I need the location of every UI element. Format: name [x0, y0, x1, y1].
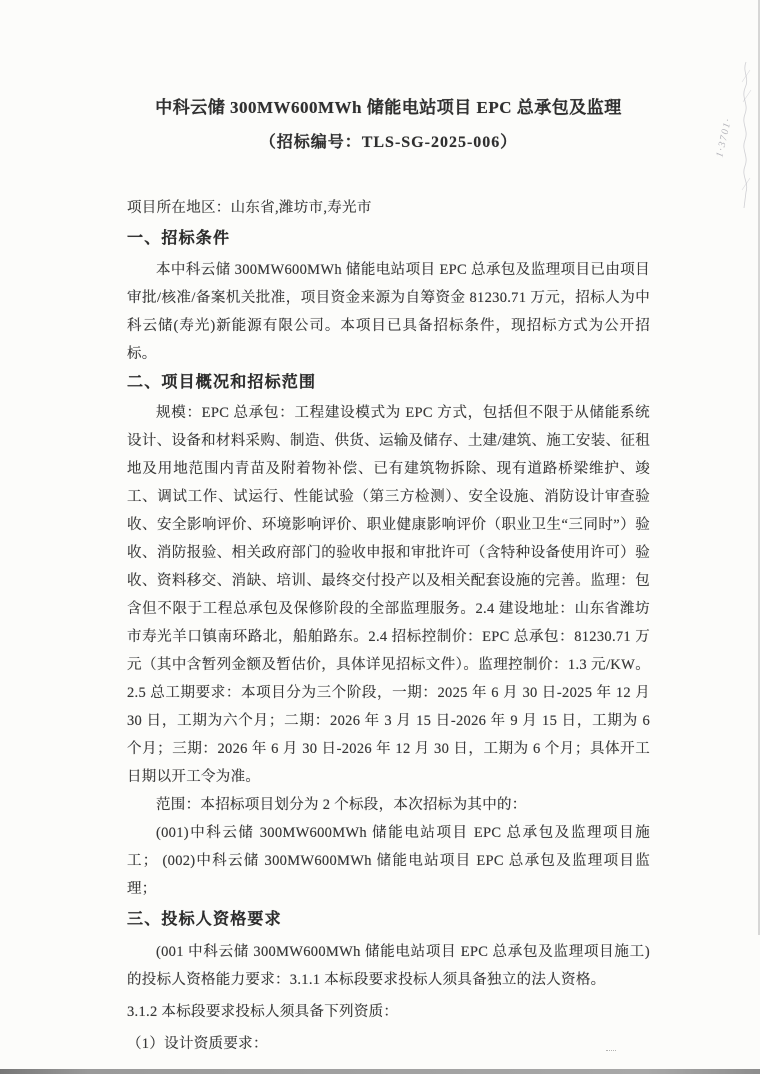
paragraph-bidding-conditions: 本中科云储 300MW600MWh 储能电站项目 EPC 总承包及监理项目已由项…	[127, 256, 650, 368]
paragraph-scope-scale: 规模：EPC 总承包：工程建设模式为 EPC 方式，包括但不限于从储能系统设计、…	[127, 399, 650, 791]
tender-number: （招标编号：TLS-SG-2025-006）	[127, 131, 650, 155]
paragraph-required-credentials: 3.1.2 本标段要求投标人须具备下列资质：	[127, 998, 650, 1026]
handwritten-corner-mark: 1·3701·	[730, 60, 758, 215]
scan-speck-artifact	[606, 1050, 616, 1055]
document-title: 中科云储 300MW600MWh 储能电站项目 EPC 总承包及监理	[127, 96, 650, 120]
project-location-line: 项目所在地区：山东省,潍坊市,寿光市	[127, 197, 650, 219]
section-heading-bidder-qualifications: 三、投标人资格要求	[127, 909, 650, 931]
section-heading-bidding-conditions: 一、招标条件	[127, 228, 650, 250]
document-body: 中科云储 300MW600MWh 储能电站项目 EPC 总承包及监理 （招标编号…	[127, 0, 650, 1058]
paragraph-qualification-requirements: (001 中科云储 300MW600MWh 储能电站项目 EPC 总承包及监理项…	[127, 938, 650, 994]
scan-bottom-edge-artifact	[0, 1069, 760, 1074]
corner-mark-text: 1·3701·	[714, 117, 734, 159]
paragraph-lot-list: (001)中科云储 300MW600MWh 储能电站项目 EPC 总承包及监理项…	[127, 819, 650, 903]
scanned-tender-document-page: 1·3701· 中科云储 300MW600MWh 储能电站项目 EPC 总承包及…	[0, 0, 760, 1074]
paragraph-design-qualification: （1）设计资质要求：	[127, 1030, 650, 1058]
section-heading-project-overview: 二、项目概况和招标范围	[127, 372, 650, 394]
scribble-line-icon	[732, 60, 758, 210]
paragraph-scope-lots: 范围：本招标项目划分为 2 个标段，本次招标为其中的：	[127, 791, 650, 819]
